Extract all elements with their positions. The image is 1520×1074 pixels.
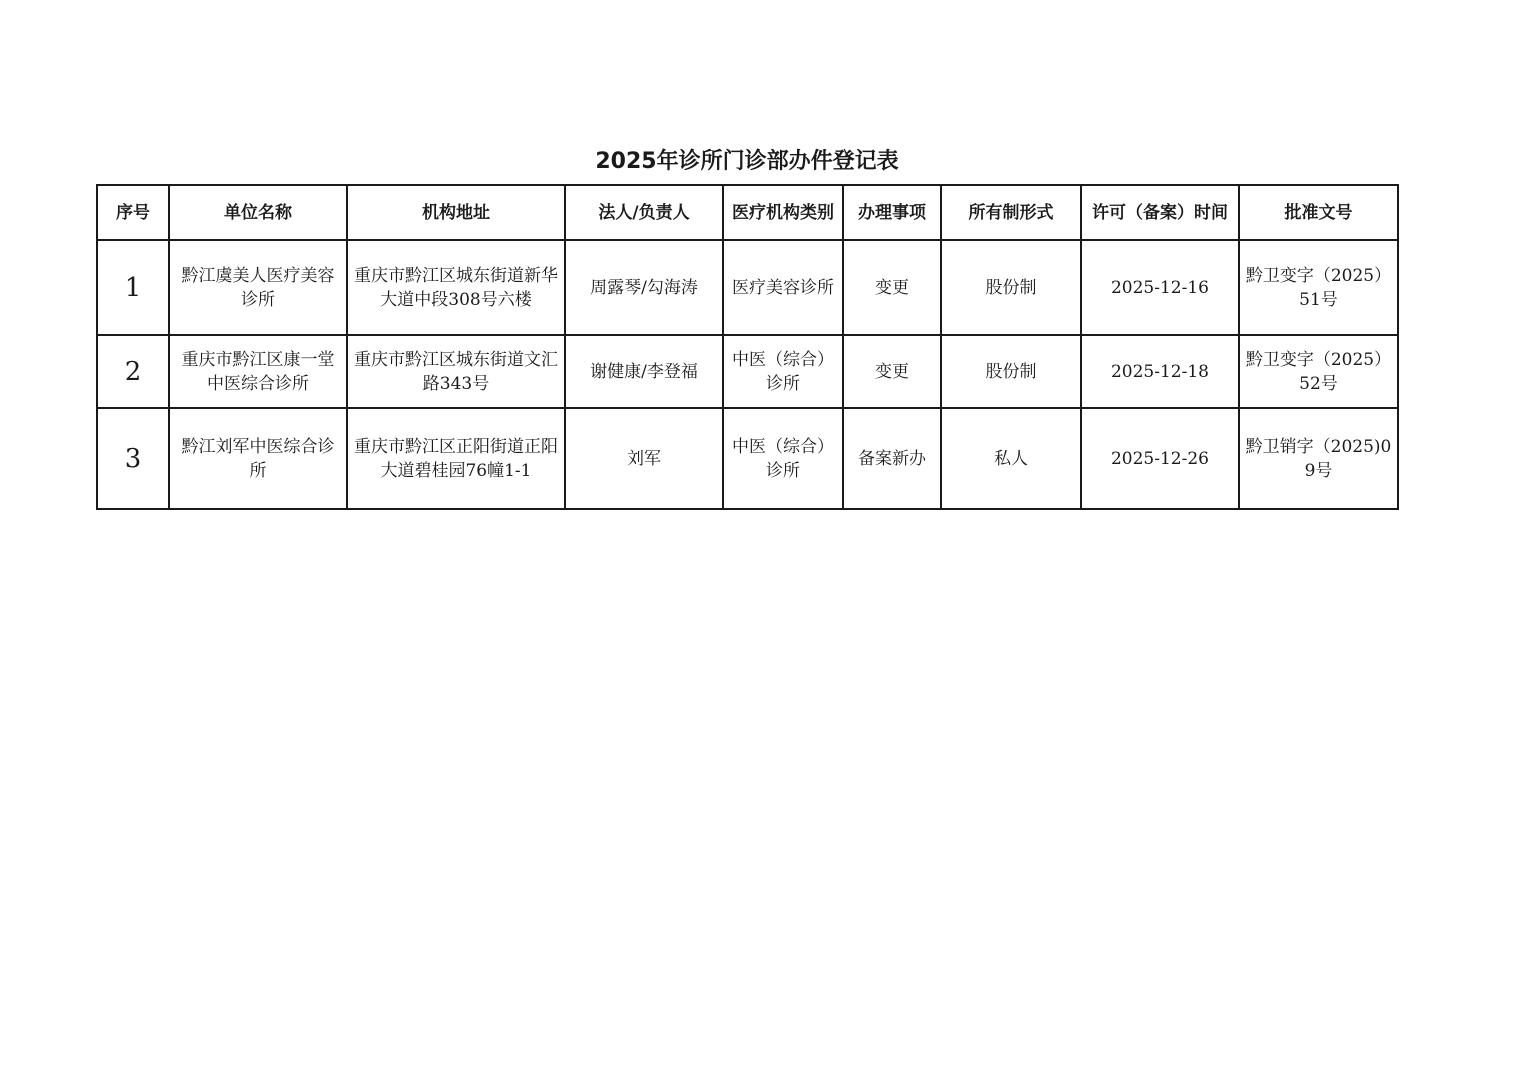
cell-ownership: 私人 bbox=[941, 408, 1081, 509]
table-row: 3 黔江刘军中医综合诊所 重庆市黔江区正阳街道正阳大道碧桂园76幢1-1 刘军 … bbox=[97, 408, 1398, 509]
cell-unit-name: 黔江虞美人医疗美容诊所 bbox=[169, 240, 347, 335]
header-ownership: 所有制形式 bbox=[941, 185, 1081, 240]
cell-address: 重庆市黔江区正阳街道正阳大道碧桂园76幢1-1 bbox=[347, 408, 565, 509]
cell-legal-person: 刘军 bbox=[565, 408, 723, 509]
document-title: 2025年诊所门诊部办件登记表 bbox=[0, 144, 1494, 175]
header-address: 机构地址 bbox=[347, 185, 565, 240]
header-date: 许可（备案）时间 bbox=[1081, 185, 1239, 240]
cell-ownership: 股份制 bbox=[941, 240, 1081, 335]
header-legal-person: 法人/负责人 bbox=[565, 185, 723, 240]
table-header-row: 序号 单位名称 机构地址 法人/负责人 医疗机构类别 办理事项 所有制形式 许可… bbox=[97, 185, 1398, 240]
cell-approval-no: 黔卫销字（2025)09号 bbox=[1239, 408, 1398, 509]
header-seq: 序号 bbox=[97, 185, 169, 240]
header-unit-name: 单位名称 bbox=[169, 185, 347, 240]
cell-legal-person: 周露琴/勾海涛 bbox=[565, 240, 723, 335]
cell-matter: 变更 bbox=[843, 240, 941, 335]
cell-unit-name: 重庆市黔江区康一堂中医综合诊所 bbox=[169, 335, 347, 408]
table-row: 1 黔江虞美人医疗美容诊所 重庆市黔江区城东街道新华大道中段308号六楼 周露琴… bbox=[97, 240, 1398, 335]
cell-date: 2025-12-16 bbox=[1081, 240, 1239, 335]
cell-category: 医疗美容诊所 bbox=[723, 240, 843, 335]
cell-seq: 2 bbox=[97, 335, 169, 408]
cell-address: 重庆市黔江区城东街道新华大道中段308号六楼 bbox=[347, 240, 565, 335]
cell-address: 重庆市黔江区城东街道文汇路343号 bbox=[347, 335, 565, 408]
header-category: 医疗机构类别 bbox=[723, 185, 843, 240]
cell-ownership: 股份制 bbox=[941, 335, 1081, 408]
cell-approval-no: 黔卫变字（2025）52号 bbox=[1239, 335, 1398, 408]
header-approval-no: 批准文号 bbox=[1239, 185, 1398, 240]
cell-date: 2025-12-18 bbox=[1081, 335, 1239, 408]
cell-legal-person: 谢健康/李登福 bbox=[565, 335, 723, 408]
cell-date: 2025-12-26 bbox=[1081, 408, 1239, 509]
cell-unit-name: 黔江刘军中医综合诊所 bbox=[169, 408, 347, 509]
registration-table: 序号 单位名称 机构地址 法人/负责人 医疗机构类别 办理事项 所有制形式 许可… bbox=[96, 184, 1399, 510]
cell-seq: 1 bbox=[97, 240, 169, 335]
cell-approval-no: 黔卫变字（2025）51号 bbox=[1239, 240, 1398, 335]
cell-category: 中医（综合）诊所 bbox=[723, 335, 843, 408]
cell-matter: 备案新办 bbox=[843, 408, 941, 509]
cell-seq: 3 bbox=[97, 408, 169, 509]
table-row: 2 重庆市黔江区康一堂中医综合诊所 重庆市黔江区城东街道文汇路343号 谢健康/… bbox=[97, 335, 1398, 408]
cell-matter: 变更 bbox=[843, 335, 941, 408]
cell-category: 中医（综合）诊所 bbox=[723, 408, 843, 509]
header-matter: 办理事项 bbox=[843, 185, 941, 240]
